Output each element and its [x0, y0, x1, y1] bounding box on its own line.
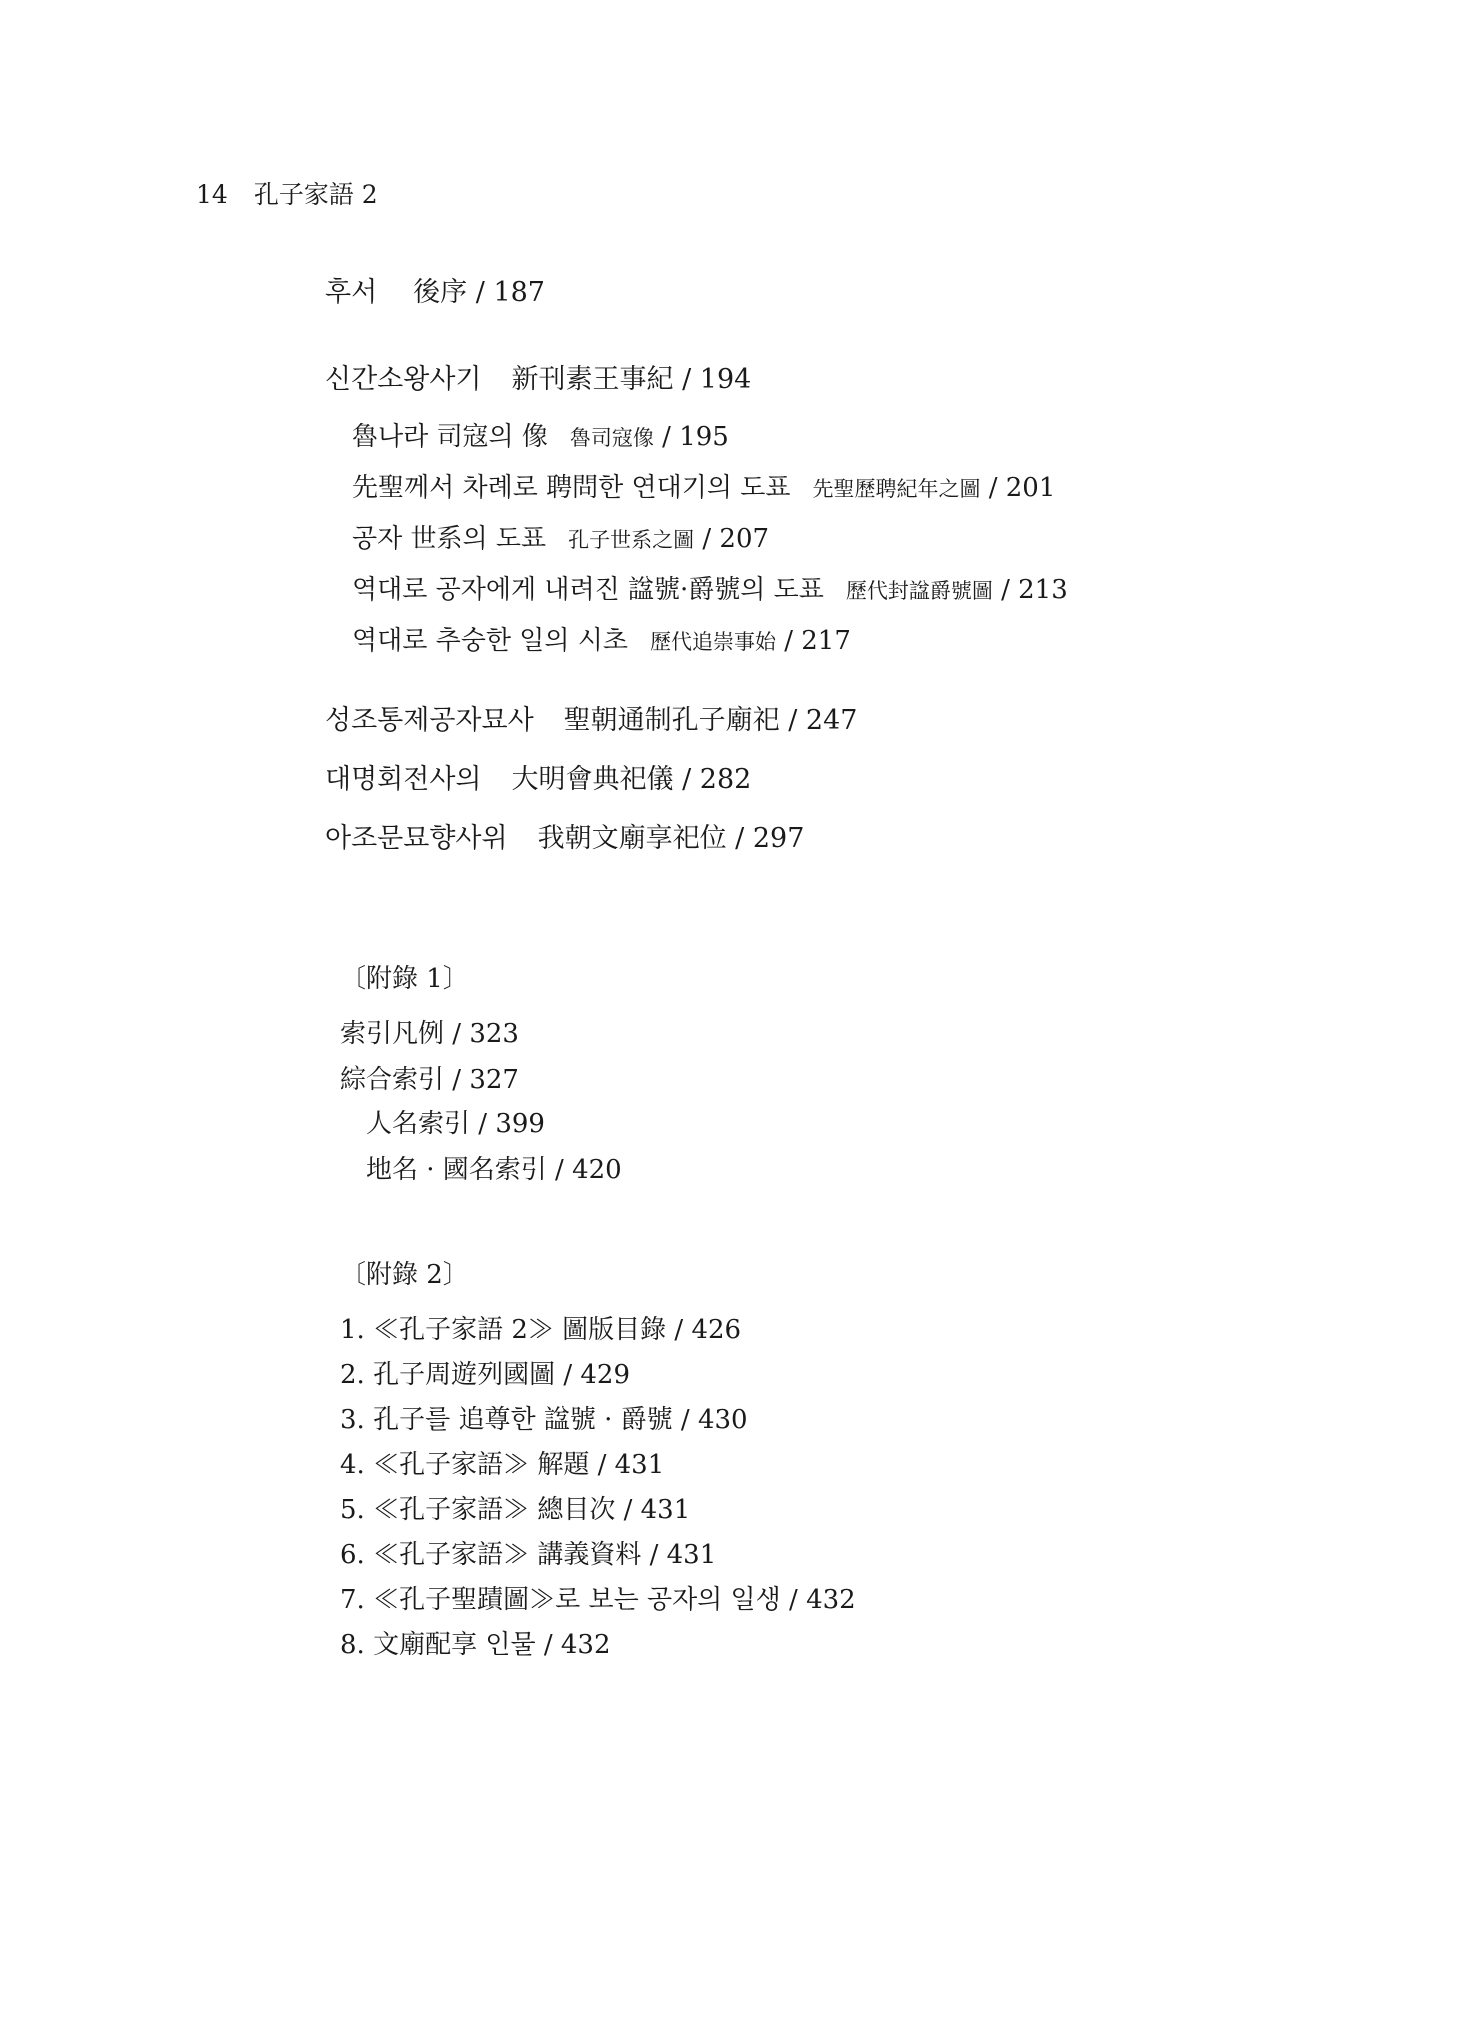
appendix2-item[interactable]: 6. ≪孔子家語≫ 講義資料 / 431	[340, 1542, 716, 1568]
appendix2-item[interactable]: 4. ≪孔子家語≫ 解題 / 431	[340, 1452, 664, 1478]
toc-subentry[interactable]: 魯나라 司寇의 像魯司寇像 / 195	[352, 424, 729, 450]
appendix1-item[interactable]: 綜合索引 / 327	[340, 1067, 519, 1093]
toc-entry-daemyeong[interactable]: 대명회전사의大明會典祀儀 / 282	[325, 766, 751, 793]
book-title: 孔子家語 2	[254, 180, 378, 209]
appendix2-item[interactable]: 7. ≪孔子聖蹟圖≫로 보는 공자의 일생 / 432	[340, 1587, 856, 1613]
appendix2-item[interactable]: 5. ≪孔子家語≫ 總目次 / 431	[340, 1497, 690, 1523]
toc-subentry[interactable]: 역대로 공자에게 내려진 諡號·爵號의 도표歷代封諡爵號圖 / 213	[352, 577, 1068, 603]
toc-entry-sinkan[interactable]: 신간소왕사기新刊素王事紀 / 194	[325, 366, 751, 393]
toc-entry-huseo[interactable]: 후서後序 / 187	[325, 279, 545, 306]
entry-hanja: 後序	[413, 277, 467, 308]
running-header: 14孔子家語 2	[196, 182, 378, 207]
appendix2-title: 〔附錄 2〕	[340, 1262, 469, 1288]
entry-korean: 후서	[325, 277, 377, 308]
page-number: 14	[196, 180, 228, 209]
toc-entry-seongjo[interactable]: 성조통제공자묘사聖朝通制孔子廟祀 / 247	[325, 707, 857, 734]
toc-subentry[interactable]: 공자 世系의 도표孔子世系之圖 / 207	[352, 526, 769, 552]
appendix1-item[interactable]: 索引凡例 / 323	[340, 1021, 519, 1047]
toc-subentry[interactable]: 先聖께서 차례로 聘問한 연대기의 도표先聖歷聘紀年之圖 / 201	[352, 475, 1055, 501]
appendix1-item[interactable]: 人名索引 / 399	[366, 1111, 545, 1137]
appendix2-item[interactable]: 1. ≪孔子家語 2≫ 圖版目錄 / 426	[340, 1317, 741, 1343]
appendix1-item[interactable]: 地名 · 國名索引 / 420	[366, 1157, 622, 1183]
toc-entry-ajo[interactable]: 아조문묘향사위我朝文廟享祀位 / 297	[325, 825, 804, 852]
appendix2-item[interactable]: 2. 孔子周遊列國圖 / 429	[340, 1362, 630, 1388]
appendix2-item[interactable]: 3. 孔子를 追尊한 諡號 · 爵號 / 430	[340, 1407, 748, 1433]
toc-subentry[interactable]: 역대로 추숭한 일의 시초歷代追崇事始 / 217	[352, 628, 851, 654]
entry-page: 187	[493, 277, 545, 308]
entry-korean: 신간소왕사기	[325, 364, 482, 395]
entry-hanja: 新刊素王事紀	[512, 364, 674, 395]
appendix1-title: 〔附錄 1〕	[340, 966, 469, 992]
entry-page: 194	[700, 364, 752, 395]
appendix2-item[interactable]: 8. 文廟配享 인물 / 432	[340, 1632, 611, 1658]
